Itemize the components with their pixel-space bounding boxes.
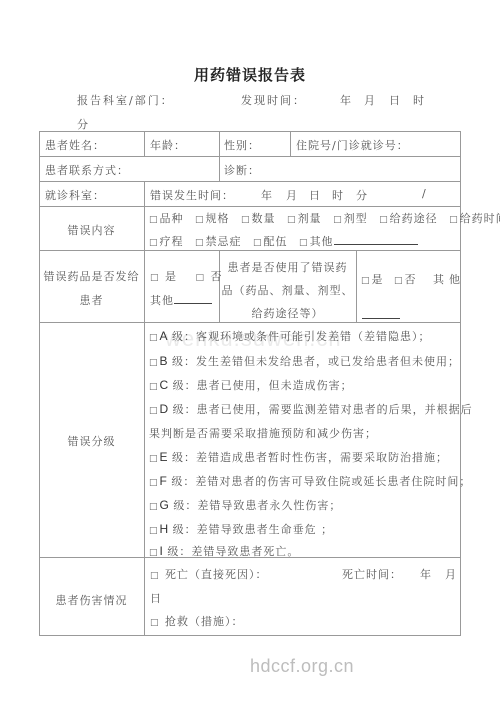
checkbox-death[interactable]: □ 死亡（直接死因）： xyxy=(150,566,268,582)
checkbox-compatibility[interactable]: □配伍 xyxy=(253,235,288,248)
table-divider xyxy=(219,131,220,156)
patient-name-field[interactable]: 患者姓名： xyxy=(45,137,105,153)
used-label-line2: 品（药品、剂量、剂型、 xyxy=(219,282,356,298)
checkbox-other[interactable]: □其他 xyxy=(299,235,334,248)
visit-department-field[interactable]: 就诊科室： xyxy=(45,187,105,203)
checkbox-rescue[interactable]: □ 抢救（措施）： xyxy=(150,613,244,629)
checkbox-course[interactable]: □疗程 xyxy=(149,235,184,248)
checkbox-icon: □ xyxy=(149,333,159,343)
watermark-bottom: hdccf.org.cn xyxy=(250,656,354,677)
error-time-month: 月 xyxy=(286,187,298,203)
checkbox-icon: □ xyxy=(149,454,159,464)
used-other-input[interactable] xyxy=(362,304,400,323)
checkbox-icon: □ xyxy=(299,238,309,248)
checkbox-icon: □ xyxy=(379,215,389,225)
grade-h[interactable]: □H 级：差错导致患者生命垂危 ； xyxy=(149,521,333,537)
department-label: 报告科室/部门： xyxy=(77,92,174,108)
table-divider xyxy=(39,250,461,251)
checkbox-quantity[interactable]: □数量 xyxy=(241,212,276,225)
form-title: 用药错误报告表 xyxy=(0,64,500,85)
gender-field[interactable]: 性别： xyxy=(224,137,260,153)
checkbox-specification[interactable]: □规格 xyxy=(195,212,230,225)
error-time-year: 年 xyxy=(261,187,273,203)
checkbox-icon: □ xyxy=(149,406,159,416)
error-time-label: 错误发生时间： xyxy=(150,187,234,203)
table-divider xyxy=(144,131,145,156)
death-time-label: 死亡时间： xyxy=(342,566,402,582)
dispensed-options: □ 是 □ 否 xyxy=(150,268,223,284)
used-label-line3: 给药途径等） xyxy=(219,305,356,321)
checkbox-icon: □ xyxy=(195,238,205,248)
patient-contact-field[interactable]: 患者联系方式： xyxy=(45,162,129,178)
table-divider xyxy=(39,156,461,157)
checkbox-icon: □ xyxy=(196,273,206,283)
checkbox-icon: □ xyxy=(149,526,159,536)
checkbox-used-yes[interactable]: □是 xyxy=(361,273,384,286)
checkbox-icon: □ xyxy=(394,276,404,286)
checkbox-variety[interactable]: □品种 xyxy=(149,212,184,225)
checkbox-contraindication[interactable]: □禁忌症 xyxy=(195,235,242,248)
death-month: 月 xyxy=(445,566,457,582)
table-divider xyxy=(290,131,291,156)
checkbox-icon: □ xyxy=(149,215,159,225)
grade-d-continuation: 果判断是否需要采取措施预防和减少伤害； xyxy=(149,425,377,441)
table-border xyxy=(39,131,461,132)
discovery-minute: 分 xyxy=(77,116,90,132)
checkbox-icon: □ xyxy=(149,238,159,248)
checkbox-used-no[interactable]: □否 xyxy=(394,273,417,286)
dispensed-label-line2: 患者 xyxy=(39,292,144,308)
discovery-year: 年 xyxy=(340,92,353,108)
table-border xyxy=(39,635,461,636)
checkbox-icon: □ xyxy=(149,502,159,512)
table-divider xyxy=(39,181,461,182)
hospital-number-field[interactable]: 住院号/门诊就诊号： xyxy=(296,137,409,153)
diagnosis-field[interactable]: 诊断： xyxy=(224,162,260,178)
age-field[interactable]: 年龄： xyxy=(150,137,186,153)
used-label-line1: 患者是否使用了错误药 xyxy=(219,259,356,275)
error-content-options-line1: □品种 □规格 □数量 □剂量 □剂型 □给药途径 □给药时间 xyxy=(149,210,500,226)
checkbox-icon: □ xyxy=(149,382,159,392)
grade-d[interactable]: □D 级：患者已使用，需要监测差错对患者的后果，并根据后 xyxy=(149,401,473,417)
error-content-label: 错误内容 xyxy=(39,222,144,238)
checkbox-admin-time[interactable]: □给药时间 xyxy=(449,212,500,225)
discovery-hour: 时 xyxy=(413,92,426,108)
grade-e[interactable]: □E 级：差错造成患者暂时性伤害，需要采取防治措施； xyxy=(149,449,448,465)
discovery-time-label: 发现时间： xyxy=(241,92,306,108)
checkbox-icon: □ xyxy=(287,215,297,225)
error-time-minute: 分 xyxy=(356,187,368,203)
table-divider xyxy=(144,181,145,635)
checkbox-icon: □ xyxy=(241,215,251,225)
death-day: 日 xyxy=(150,590,162,606)
used-options: □是 □否 其他 xyxy=(361,271,465,287)
table-divider xyxy=(39,206,461,207)
checkbox-icon: □ xyxy=(149,548,159,558)
checkbox-dose[interactable]: □剂量 xyxy=(287,212,322,225)
checkbox-icon: □ xyxy=(149,358,159,368)
checkbox-icon: □ xyxy=(361,276,371,286)
checkbox-icon: □ xyxy=(150,273,160,283)
death-year: 年 xyxy=(420,566,432,582)
error-time-slash: / xyxy=(422,187,427,200)
discovery-day: 日 xyxy=(389,92,402,108)
checkbox-dosage-form[interactable]: □剂型 xyxy=(333,212,368,225)
checkbox-dispensed-yes[interactable]: □ 是 xyxy=(150,270,177,283)
error-time-day: 日 xyxy=(309,187,321,203)
table-divider xyxy=(219,156,220,181)
error-content-options-line2: □疗程 □禁忌症 □配伍 □其他 xyxy=(149,233,418,249)
table-border xyxy=(460,131,461,636)
checkbox-icon: □ xyxy=(449,215,459,225)
checkbox-icon: □ xyxy=(149,478,159,488)
error-time-hour: 时 xyxy=(332,187,344,203)
checkbox-icon: □ xyxy=(333,215,343,225)
grade-g[interactable]: □G 级：差错导致患者永久性伤害； xyxy=(149,497,341,513)
grade-i[interactable]: □I 级：差错导致患者死亡。 xyxy=(149,543,299,559)
discovery-month: 月 xyxy=(364,92,377,108)
checkbox-route[interactable]: □给药途径 xyxy=(379,212,438,225)
grading-label: 错误分级 xyxy=(39,433,144,449)
dispensed-label-line1: 错误药品是否发给 xyxy=(39,268,144,284)
dispensed-other-input[interactable] xyxy=(174,293,212,304)
table-divider xyxy=(356,250,357,322)
grade-f[interactable]: □F 级：差错对患者的伤害可导致住院或延长患者住院时间； xyxy=(149,473,471,489)
checkbox-icon: □ xyxy=(253,238,263,248)
other-input[interactable] xyxy=(334,234,418,245)
checkbox-icon: □ xyxy=(150,571,160,581)
harm-label: 患者伤害情况 xyxy=(39,592,144,608)
used-other-label: 其他 xyxy=(433,273,465,286)
checkbox-icon: □ xyxy=(150,618,160,628)
grade-b[interactable]: □B 级：发生差错但未发给患者，或已发给患者但未使用； xyxy=(149,353,460,369)
checkbox-icon: □ xyxy=(195,215,205,225)
grade-c[interactable]: □C 级：患者已使用，但未造成伤害； xyxy=(149,377,353,393)
grade-a[interactable]: □A 级：客观环境或条件可能引发差错（差错隐患）； xyxy=(149,328,431,344)
dispensed-other: 其他 xyxy=(150,292,212,308)
table-border xyxy=(39,131,40,636)
